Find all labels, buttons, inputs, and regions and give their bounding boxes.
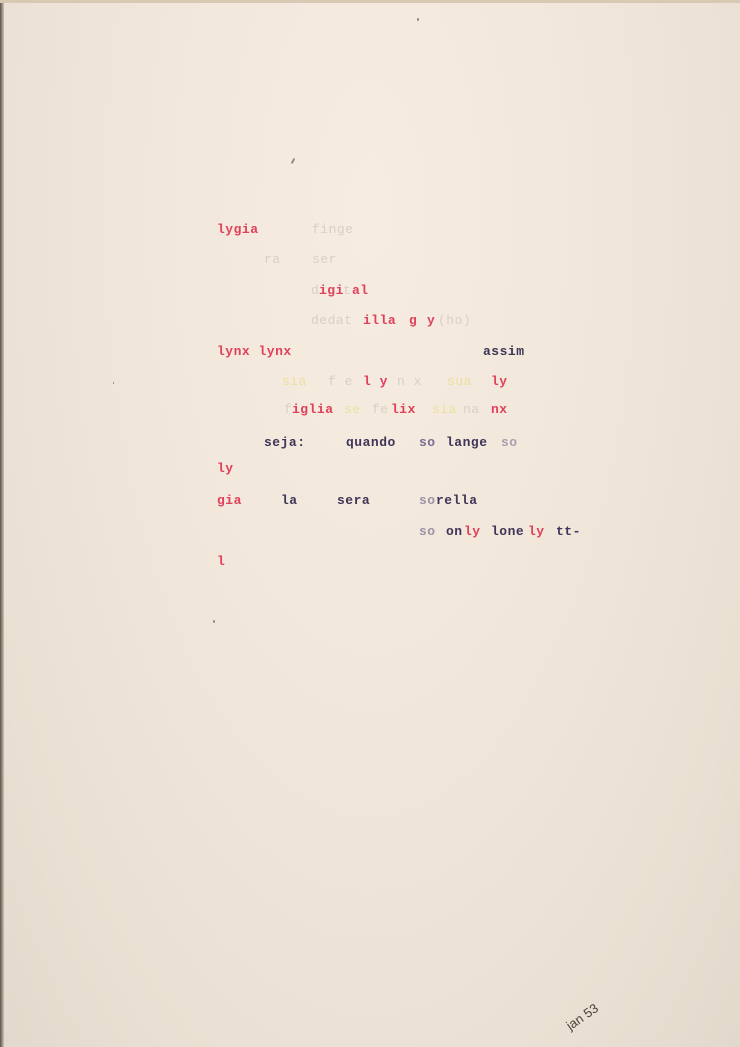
- poem-word-faded: sia: [432, 403, 457, 417]
- poem-word: g: [409, 314, 417, 328]
- poem-word: seja:: [264, 436, 306, 450]
- poem-word: so: [419, 436, 436, 450]
- poem-word: tt-: [556, 525, 581, 539]
- poem-word: quando: [346, 436, 396, 450]
- paper-speck: [213, 620, 215, 623]
- poem-word: ly: [464, 525, 481, 539]
- poem-word: iglia: [292, 403, 334, 417]
- poem-word: ly: [217, 462, 234, 476]
- poem-word: lone: [491, 525, 524, 539]
- poem-word-faded: fe: [372, 403, 389, 417]
- poem-word: ly: [528, 525, 545, 539]
- paper-top-edge: [0, 0, 740, 3]
- poem-word-faded: ser: [312, 253, 337, 267]
- paper-speck: [113, 382, 114, 384]
- poem-word: ly: [491, 375, 508, 389]
- poem-word: so: [419, 494, 436, 508]
- poem-word-faded: t: [343, 284, 351, 298]
- poem-word: y: [427, 314, 435, 328]
- poem-word: sera: [337, 494, 370, 508]
- poem-word: nx: [491, 403, 508, 417]
- poem-word: on: [446, 525, 463, 539]
- poem-word: assim: [483, 345, 525, 359]
- poem-word-faded: n x: [397, 375, 422, 389]
- poem-word: rella: [436, 494, 478, 508]
- poem-word: so: [501, 436, 518, 450]
- poem-word-faded: sia: [282, 375, 307, 389]
- poem-word-faded: na: [463, 403, 480, 417]
- paper-edge-shadow: [0, 0, 4, 1047]
- poem-word: gia: [217, 494, 242, 508]
- poem-word: igi: [319, 284, 344, 298]
- handwritten-date: jan 53: [563, 1000, 601, 1033]
- poem-word-faded: (ho): [438, 314, 471, 328]
- poem-word: lix: [391, 403, 416, 417]
- poem-word: illa: [363, 314, 396, 328]
- poem-word: so: [419, 525, 436, 539]
- poem-word-faded: ra: [264, 253, 281, 267]
- poem-word-faded: se: [344, 403, 361, 417]
- poem-word: lygia: [217, 223, 259, 237]
- paper-speck: [291, 158, 296, 164]
- poem-word: lange: [446, 436, 488, 450]
- poem-word-faded: sua: [447, 375, 472, 389]
- poem-word: lynx lynx: [217, 345, 292, 359]
- poem-word-faded: dedat: [311, 314, 353, 328]
- poem-word: l y: [363, 375, 388, 389]
- poem-word: la: [281, 494, 298, 508]
- poem-word-faded: f e: [328, 375, 353, 389]
- paper-sheet: lygia finge ra ser d igi t al dedat illa…: [0, 0, 740, 1047]
- poem-word: l: [217, 555, 225, 569]
- poem-word-faded: finge: [312, 223, 354, 237]
- poem-word: al: [352, 284, 369, 298]
- paper-speck: [417, 18, 419, 21]
